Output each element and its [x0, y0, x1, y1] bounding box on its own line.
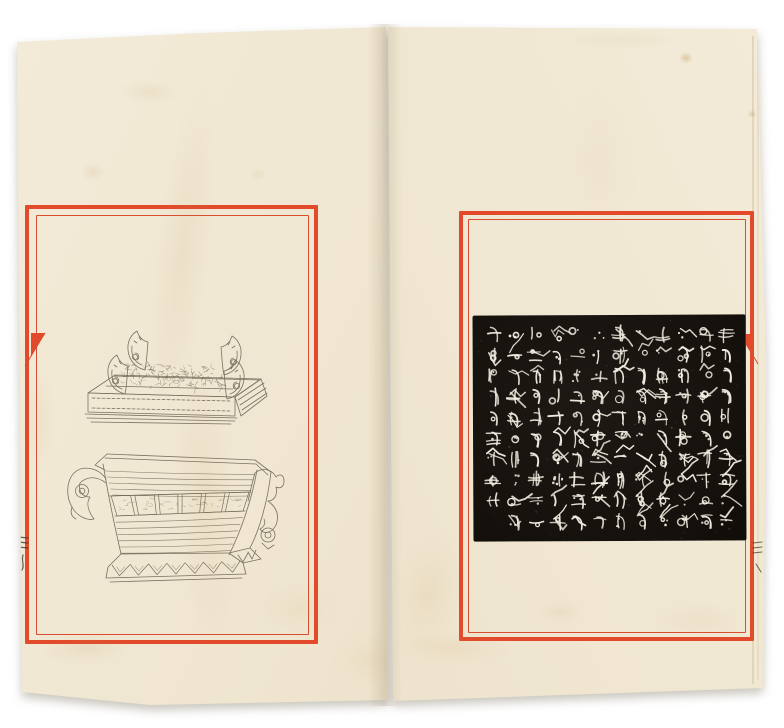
rubbing-glyph-columns — [473, 314, 747, 541]
bronze-inscription-rubbing — [473, 314, 747, 541]
right-leaf — [0, 0, 784, 728]
right-leaf-shadow — [0, 0, 784, 728]
photograph-stage — [0, 0, 784, 728]
right-edge-leaf-number-mark — [750, 540, 766, 580]
